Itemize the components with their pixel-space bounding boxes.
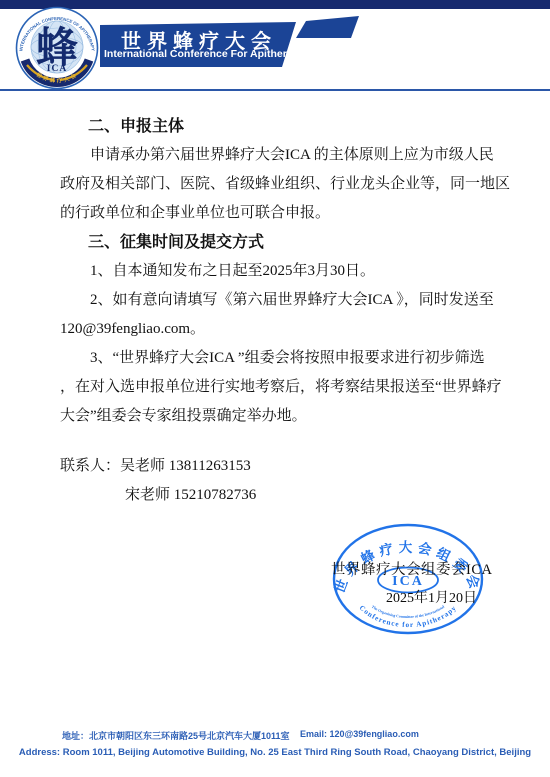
body-line: 政府及相关部门、医院、省级蜂业组织、行业龙头企业等，同一地区 bbox=[60, 170, 505, 199]
section-heading: 二、申报主体 bbox=[60, 112, 505, 141]
contact-line-1: 联系人：吴老师 13811263153 bbox=[60, 452, 505, 481]
stamp-overlay-date-text: 2025年1月20日 bbox=[386, 587, 477, 607]
footer-address-en: Address: Room 1011, Beijing Automotive B… bbox=[0, 747, 550, 758]
banner-tail-shape bbox=[296, 16, 359, 38]
section-heading: 三、征集时间及提交方式 bbox=[60, 228, 505, 257]
conference-logo: INTERNATIONAL CONFERENCE OF APITHERAPY 蜂… bbox=[14, 5, 100, 91]
body-line: 2、如有意向请填写《第六届世界蜂疗大会ICA 》，同时发送至 bbox=[60, 286, 505, 315]
contact-line-2: 宋老师 15210782736 bbox=[60, 481, 505, 510]
footer-address-cn: 地址：北京市朝阳区东三环南路25号北京汽车大厦1011室 bbox=[62, 729, 290, 742]
body-line-email: 120@39fengliao.com。 bbox=[60, 315, 505, 344]
body-line: 申请承办第六届世界蜂疗大会ICA 的主体原则上应为市级人民 bbox=[60, 141, 505, 170]
body-line: 3、“世界蜂疗大会ICA ”组委会将按照申报要求进行初步筛选 bbox=[60, 344, 505, 373]
conference-title-en: International Conference For Apitherapy bbox=[104, 48, 305, 60]
footer-email: Email: 120@39fengliao.com bbox=[300, 729, 419, 739]
body-line: ，在对入选申报单位进行实地考察后，将考察结果报送至“世界蜂疗 bbox=[60, 373, 505, 402]
body-line: 1、自本通知发布之日起至2025年3月30日。 bbox=[60, 257, 505, 286]
body-line: 大会”组委会专家组投票确定举办地。 bbox=[60, 402, 505, 431]
official-seal-stamp: 世界蜂疗大会组委会 ICA The Organizing Committee o… bbox=[326, 518, 490, 640]
logo-abbr-text: ICA bbox=[47, 64, 67, 74]
notice-body: 二、申报主体 申请承办第六届世界蜂疗大会ICA 的主体原则上应为市级人民 政府及… bbox=[60, 112, 505, 510]
notice-document-page: 世界蜂疗大会 International Conference For Apit… bbox=[0, 0, 550, 777]
stamp-overlay-committee-text: 世界蜂疗大会组委会ICA bbox=[331, 558, 492, 579]
body-line: 的行政单位和企事业单位也可联合申报。 bbox=[60, 199, 505, 228]
